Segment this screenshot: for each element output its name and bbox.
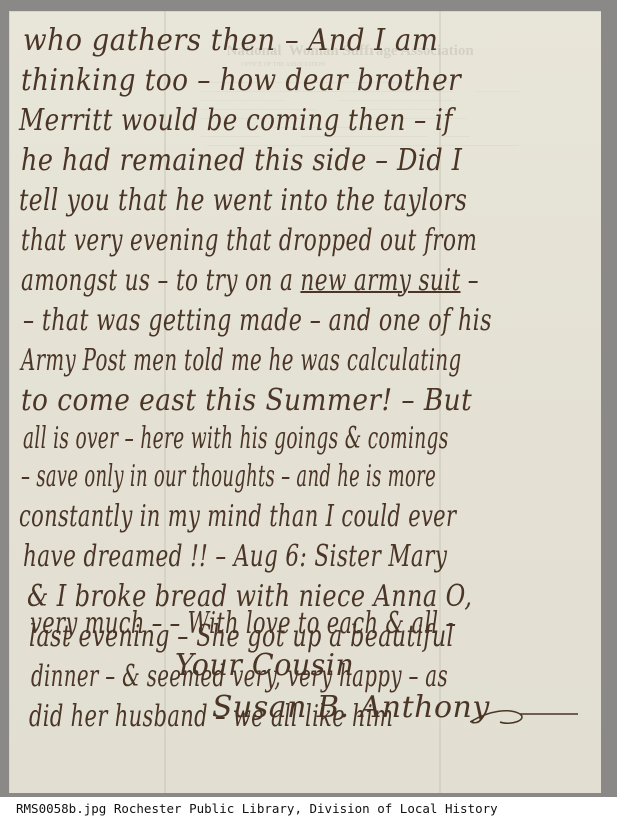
- signature-flourish: [470, 700, 580, 730]
- letter-line: Merritt would be coming then – if: [19, 103, 453, 138]
- letter-text: –: [460, 263, 478, 298]
- letter-line: that very evening that dropped out from: [21, 223, 477, 258]
- letter-line: who gathers then – And I am: [23, 23, 438, 58]
- closing: Your Cousin: [175, 648, 354, 683]
- letter-line: – save only in our thoughts – and he is …: [21, 459, 436, 494]
- letter-line: – that was getting made – and one of his: [23, 303, 492, 338]
- letter-line: to come east this Summer! – But: [21, 383, 472, 418]
- letter-line: very much – – With love to each & all –: [30, 606, 456, 641]
- letter-line: constantly in my mind than I could ever: [19, 499, 456, 534]
- image-caption: RMS0058b.jpg Rochester Public Library, D…: [16, 801, 498, 817]
- letter-text: amongst us – to try on a: [21, 263, 300, 298]
- letter-line: have dreamed !! – Aug 6: Sister Mary: [23, 539, 447, 574]
- letter-line: he had remained this side – Did I: [21, 143, 462, 178]
- signature: Susan B. Anthony: [212, 690, 490, 725]
- letter-line: amongst us – to try on a new army suit –: [21, 263, 479, 298]
- underlined-phrase: new army suit: [300, 263, 460, 298]
- letter-line: thinking too – how dear brother: [21, 63, 461, 98]
- letter-line: Army Post men told me he was calculating: [21, 343, 461, 378]
- letter-line: tell you that he went into the taylors: [19, 183, 467, 218]
- letter-line: all is over – here with his goings & com…: [23, 421, 449, 456]
